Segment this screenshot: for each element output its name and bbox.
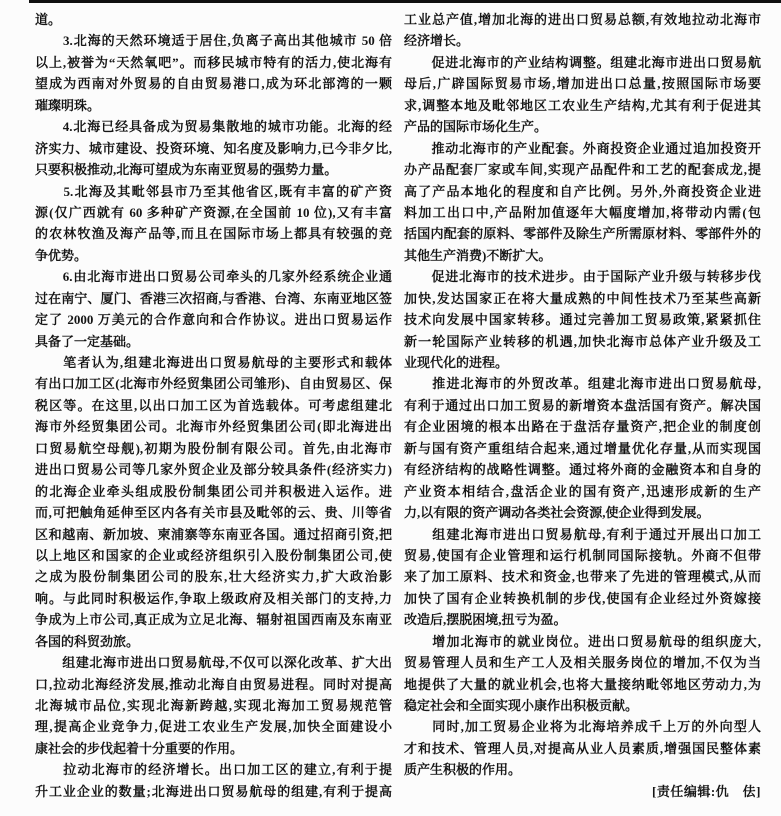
text-line: 4.北海已经具备成为贸易集散地的城市功能。北海的经 (35, 116, 392, 137)
text-line: 业现代化的进程。 (404, 352, 761, 373)
text-line: 产品的国际市场化生产。 (404, 116, 761, 137)
text-line: 海市外经贸集团公司。北海市外经贸集团公司(即北海进出 (35, 416, 392, 437)
text-line: 才和技术、管理人员,对提高从业人员素质,增强国民整体素 (404, 738, 761, 759)
page: 道。 3.北海的天然环境适于居住,负离子高出其他城市 50 倍以上,被誉为“天然… (0, 0, 781, 816)
text-line: 源(仅广西就有 60 多种矿产资源,在全国前 10 位),又有丰富 (35, 202, 392, 223)
text-column-right: 工业总产值,增加北海的进出口贸易总额,有效地拉动北海市经济增长。 促进北海市的产… (404, 9, 761, 802)
text-line: 济实力、城市建设、投资环境、知名度及影响力,已今非夕比, (35, 138, 392, 159)
text-line: 括国内配套的原料、零部件及除生产所需原材料、零部件外的 (404, 223, 761, 244)
text-line: 望成为西南对外贸易的自由贸易港口,成为环北部湾的一颗 (35, 73, 392, 94)
text-line: 推动北海市的产业配套。外商投资企业通过追加投资开 (404, 138, 761, 159)
text-line: 理,提高企业竞争力,促进工农业生产发展,加快全面建设小 (35, 716, 392, 737)
text-line: 推进北海市的外贸改革。组建北海市进出口贸易航母, (404, 373, 761, 394)
text-line: 有企业困境的根本出路在于盘活存量资产,把企业的制度创 (404, 416, 761, 437)
editor-credit: [责任编辑:仇 佉] (404, 781, 761, 802)
text-line: 组建北海市进出口贸易航母,有利于通过开展出口加工 (404, 524, 761, 545)
text-line: 区和越南、新加坡、柬浦寨等东南亚各国。通过招商引资,把 (35, 524, 392, 545)
text-line: 新与国有资产重组结合起来,通过增量优化存量,从而实现国 (404, 438, 761, 459)
text-line: 其他生产消费)不断扩大。 (404, 245, 761, 266)
text-line: 料加工出口中,产品附加值逐年大幅度增加,将带动内需(包 (404, 202, 761, 223)
text-line: 高了产品本地化的程度和自产比例。另外,外商投资企业进 (404, 181, 761, 202)
text-line: 道。 (35, 9, 392, 30)
text-line: 笔者认为,组建北海进出口贸易航母的主要形式和载体 (35, 352, 392, 373)
text-line: 产业资本相结合,盘活企业的国有资产,迅速形成新的生产 (404, 481, 761, 502)
text-line: 升工业企业的数量;北海进出口贸易航母的组建,有利于提高 (35, 781, 392, 802)
text-line: 求,调整本地及毗邻地区工农业生产结构,尤其有利于促进其 (404, 95, 761, 116)
text-line: 增加北海市的就业岗位。进出口贸易航母的组织庞大, (404, 631, 761, 652)
text-line: 进出口贸易公司等几家外贸企业及部分较具条件(经济实力) (35, 459, 392, 480)
text-line: 以上,被誉为“天然氧吧”。而移民城市特有的活力,使北海有 (35, 52, 392, 73)
text-line: 稳定社会和全面实现小康作出积极贡献。 (404, 695, 761, 716)
text-line: 力,以有限的资产调动各类社会资源,使企业得到发展。 (404, 502, 761, 523)
text-line: 加快了国有企业转换机制的步伐,使国有企业经过外资嫁接 (404, 588, 761, 609)
text-line: 拉动北海市的经济增长。出口加工区的建立,有利于提 (35, 759, 392, 780)
text-line: 新一轮国际产业转移的机遇,加快北海市总体产业升级及工 (404, 331, 761, 352)
text-line: 过在南宁、厦门、香港三次招商,与香港、台湾、东南亚地区签 (35, 288, 392, 309)
text-line: 6.由北海市进出口贸易公司牵头的几家外经系统企业通 (35, 266, 392, 287)
text-line: 争优势。 (35, 245, 392, 266)
text-line: 母后,广辟国际贸易市场,增加进出口总量,按照国际市场要 (404, 73, 761, 94)
text-line: 经济增长。 (404, 30, 761, 51)
text-line: 组建北海市进出口贸易航母,不仅可以深化改革、扩大出 (35, 652, 392, 673)
text-line: 璀璨明珠。 (35, 95, 392, 116)
text-line: 加快,发达国家正在将大量成熟的中间性技术乃至某些高新 (404, 288, 761, 309)
text-line: 有经济结构的战略性调整。通过将外商的金融资本和自身的 (404, 459, 761, 480)
text-line: 来了加工原料、技术和资金,也带来了先进的管理模式,从而 (404, 566, 761, 587)
top-rule (29, 0, 781, 3)
text-line: 只要积极推动,北海可望成为东南亚贸易的强势力量。 (35, 159, 392, 180)
text-line: 5.北海及其毗邻县市乃至其他省区,既有丰富的矿产资 (35, 181, 392, 202)
text-line: 改造后,摆脱困境,扭亏为盈。 (404, 609, 761, 630)
text-line: 同时,加工贸易企业将为北海培养成千上万的外向型人 (404, 716, 761, 737)
text-line: 争成为上市公司,真正成为立足北海、辐射祖国西南及东南亚 (35, 609, 392, 630)
text-line: 口,拉动北海经济发展,推动北海自由贸易进程。同时对提高 (35, 674, 392, 695)
text-line: 响。与此同时积极运作,争取上级政府及相关部门的支持,力 (35, 588, 392, 609)
text-line: 促进北海市的技术进步。由于国际产业升级与转移步伐 (404, 266, 761, 287)
text-line: 定了 2000 万美元的合作意向和合作协议。进出口贸易运作 (35, 309, 392, 330)
text-line: 质产生积极的作用。 (404, 759, 761, 780)
text-line: 之成为股份制集团公司的股东,壮大经济实力,扩大政治影 (35, 566, 392, 587)
text-line: 工业总产值,增加北海的进出口贸易总额,有效地拉动北海市 (404, 9, 761, 30)
text-column-left: 道。 3.北海的天然环境适于居住,负离子高出其他城市 50 倍以上,被誉为“天然… (35, 9, 392, 802)
text-line: 贸易管理人员和生产工人及相关服务岗位的增加,不仅为当 (404, 652, 761, 673)
text-line: 的北海企业牵头组成股份制集团公司并积极进入运作。进 (35, 481, 392, 502)
text-line: 口贸易航空母舰),初期为股份制有限公司。首先,由北海市 (35, 438, 392, 459)
text-line: 地提供了大量的就业机会,也将大量接纳毗邻地区劳动力,为 (404, 674, 761, 695)
text-line: 促进北海市的产业结构调整。组建北海市进出口贸易航 (404, 52, 761, 73)
text-line: 3.北海的天然环境适于居住,负离子高出其他城市 50 倍 (35, 30, 392, 51)
text-line: 具备了一定基础。 (35, 331, 392, 352)
text-line: 北海城市品位,实现北海新跨越,实现北海加工贸易规范管 (35, 695, 392, 716)
text-line: 贸易,使国有企业管理和运行机制同国际接轨。外商不但带 (404, 545, 761, 566)
text-line: 各国的科贸劲旅。 (35, 631, 392, 652)
text-line: 康社会的步伐起着十分重要的作用。 (35, 738, 392, 759)
text-line: 的农林牧渔及海产品等,而且在国际市场上都具有较强的竞 (35, 223, 392, 244)
text-line: 以上地区和国家的企业或经济组织引入股份制集团公司,使 (35, 545, 392, 566)
text-line: 技术向发展中国家转移。通过完善加工贸易政策,紧紧抓住 (404, 309, 761, 330)
text-line: 有出口加工区(北海市外经贸集团公司雏形)、自由贸易区、保 (35, 373, 392, 394)
text-line: 税区等。在这里,以出口加工区为首选载体。可考虑组建北 (35, 395, 392, 416)
text-line: 办产品配套厂家或车间,实现产品配件和工艺的配套成龙,提 (404, 159, 761, 180)
text-column-right-lines: 工业总产值,增加北海的进出口贸易总额,有效地拉动北海市经济增长。 促进北海市的产… (404, 9, 761, 781)
text-line: 有利于通过出口加工贸易的新增资本盘活国有资产。解决国 (404, 395, 761, 416)
text-line: 而,可把触角延伸至区内各有关市县及毗邻的云、贵、川等省 (35, 502, 392, 523)
